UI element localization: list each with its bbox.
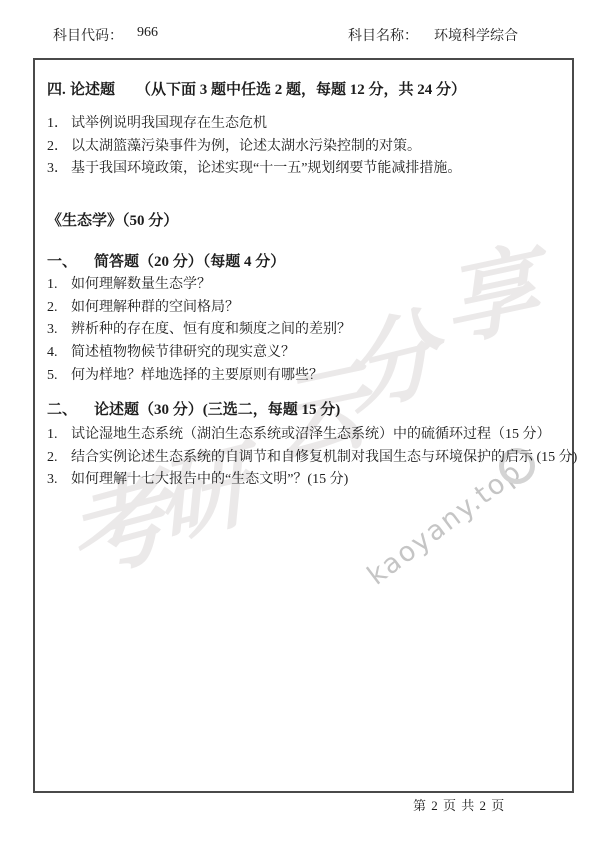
question-item: 1. 如何理解数量生态学？ [47, 276, 211, 294]
section-one-title: 一、 简答题（20 分）（每题 4 分） [47, 253, 285, 271]
section-number: 四. [47, 81, 70, 99]
question-number: 3. [47, 471, 71, 489]
question-number: 3. [47, 321, 71, 339]
question-number: 1. [47, 276, 71, 294]
subject-heading-text: 《生态学》（50 分） [47, 212, 178, 230]
page-number-indicator: 第 2 页 共 2 页 [413, 795, 505, 814]
subject-name-label: 科目名称： [348, 25, 418, 45]
question-text: 如何理解种群的空间格局？ [71, 299, 239, 317]
question-text: 试论湿地生态系统（湖泊生态系统或沼泽生态系统）中的硫循环过程（15 分） [71, 426, 551, 444]
subject-code-value: 966 [137, 25, 158, 41]
subject-code-label: 科目代码： [53, 25, 123, 45]
section-number: 二、 [47, 401, 94, 419]
question-text: 以太湖篮藻污染事件为例，论述太湖水污染控制的对策。 [71, 138, 421, 156]
question-number: 1． [47, 115, 71, 133]
question-item: 3. 如何理解十七大报告中的“生态文明”？(15 分) [47, 471, 348, 489]
question-text: 如何理解十七大报告中的“生态文明”？(15 分) [71, 471, 348, 489]
subject-heading: 《生态学》（50 分） [47, 212, 178, 230]
section-four-title: 四. 论述题 （从下面 3 题中任选 2 题，每题 12 分，共 24 分） [47, 81, 466, 99]
question-text: 结合实例论述生态系统的自调节和自修复机制对我国生态与环境保护的启示 (15 分) [71, 449, 577, 467]
section-name: 论述题 [70, 81, 115, 99]
question-item: 2． 以太湖篮藻污染事件为例，论述太湖水污染控制的对策。 [47, 138, 421, 156]
section-number: 一、 [47, 253, 94, 271]
question-item: 3． 基于我国环境政策，论述实现“十一五”规划纲要节能减排措施。 [47, 160, 461, 178]
section-note: （从下面 3 题中任选 2 题，每题 12 分，共 24 分） [136, 81, 466, 99]
question-item: 2. 结合实例论述生态系统的自调节和自修复机制对我国生态与环境保护的启示 (15… [47, 449, 577, 467]
question-number: 2. [47, 299, 71, 317]
section-two-title: 二、 论述题（30 分）(三选二，每题 15 分) [47, 401, 340, 419]
scanned-exam-page: { "header": { "code_label": "科目代码：", "co… [0, 0, 603, 846]
question-number: 3． [47, 160, 71, 178]
question-item: 2. 如何理解种群的空间格局？ [47, 299, 239, 317]
section-name: 简答题（20 分）（每题 4 分） [94, 253, 285, 271]
question-item: 1． 试举例说明我国现存在生态危机 [47, 115, 267, 133]
question-number: 2． [47, 138, 71, 156]
question-text: 何为样地？样地选择的主要原则有哪些？ [71, 367, 323, 385]
question-number: 1. [47, 426, 71, 444]
question-item: 5. 何为样地？样地选择的主要原则有哪些？ [47, 367, 323, 385]
question-text: 基于我国环境政策，论述实现“十一五”规划纲要节能减排措施。 [71, 160, 461, 178]
question-item: 4. 简述植物物候节律研究的现实意义？ [47, 344, 295, 362]
question-number: 2. [47, 449, 71, 467]
question-text: 辨析种的存在度、恒有度和频度之间的差别？ [71, 321, 351, 339]
question-item: 1. 试论湿地生态系统（湖泊生态系统或沼泽生态系统）中的硫循环过程（15 分） [47, 426, 551, 444]
section-name: 论述题（30 分）(三选二，每题 15 分) [94, 401, 340, 419]
question-item: 3. 辨析种的存在度、恒有度和频度之间的差别？ [47, 321, 351, 339]
subject-name-value: 环境科学综合 [434, 25, 518, 45]
question-text: 试举例说明我国现存在生态危机 [71, 115, 267, 133]
question-number: 5. [47, 367, 71, 385]
question-text: 如何理解数量生态学？ [71, 276, 211, 294]
question-number: 4. [47, 344, 71, 362]
question-text: 简述植物物候节律研究的现实意义？ [71, 344, 295, 362]
